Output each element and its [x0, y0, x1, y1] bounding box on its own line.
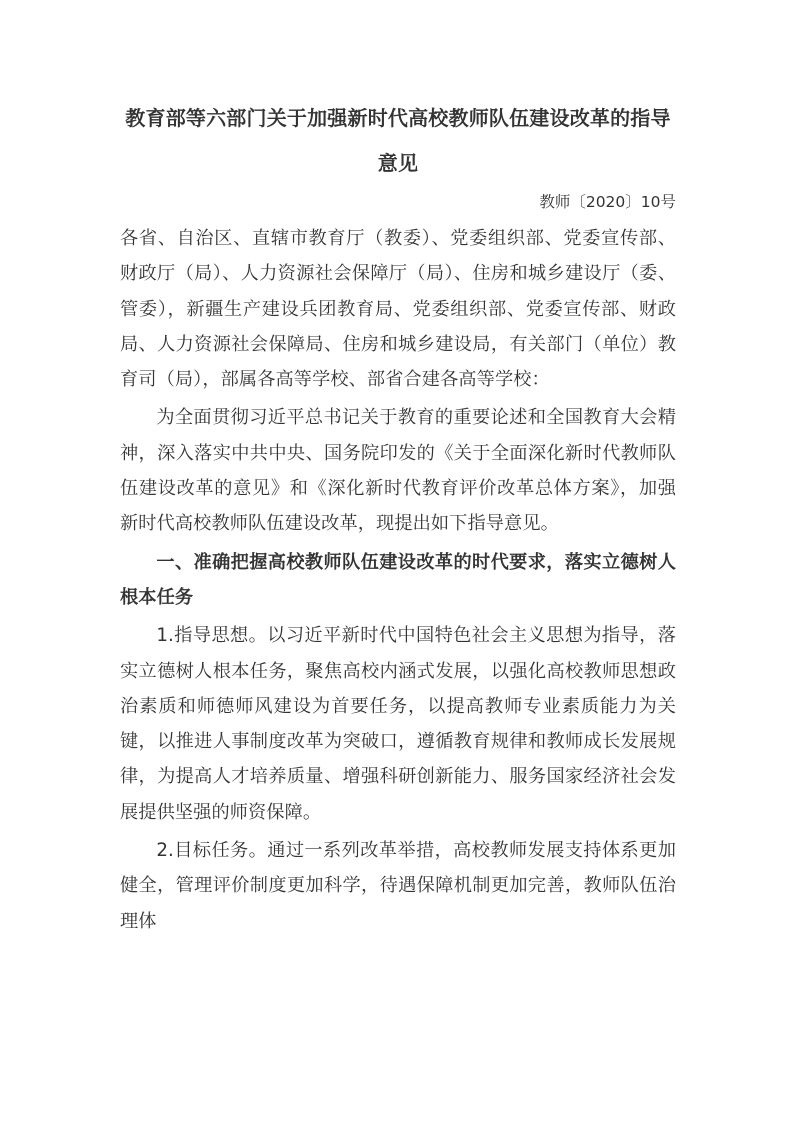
document-number: 教师〔2020〕10号	[120, 189, 676, 215]
addressee-paragraph: 各省、自治区、直辖市教育厅（教委）、党委组织部、党委宣传部、财政厅（局）、人力资…	[120, 221, 676, 397]
intro-paragraph: 为全面贯彻习近平总书记关于教育的重要论述和全国教育大会精神，深入落实中共中央、国…	[120, 400, 676, 541]
document-content: 教育部等六部门关于加强新时代高校教师队伍建设改革的指导 意见 教师〔2020〕1…	[120, 96, 676, 939]
section-1-heading: 一、准确把握高校教师队伍建设改革的时代要求，落实立德树人根本任务	[120, 545, 676, 616]
document-page: 教育部等六部门关于加强新时代高校教师队伍建设改革的指导 意见 教师〔2020〕1…	[0, 0, 793, 1122]
item-1-guiding-ideology: 1.指导思想。以习近平新时代中国特色社会主义思想为指导，落实立德树人根本任务，聚…	[120, 618, 676, 830]
item-2-goals: 2.目标任务。通过一系列改革举措，高校教师发展支持体系更加健全，管理评价制度更加…	[120, 833, 676, 939]
document-title-line-2: 意见	[120, 141, 676, 186]
document-title-line-1: 教育部等六部门关于加强新时代高校教师队伍建设改革的指导	[120, 96, 676, 141]
